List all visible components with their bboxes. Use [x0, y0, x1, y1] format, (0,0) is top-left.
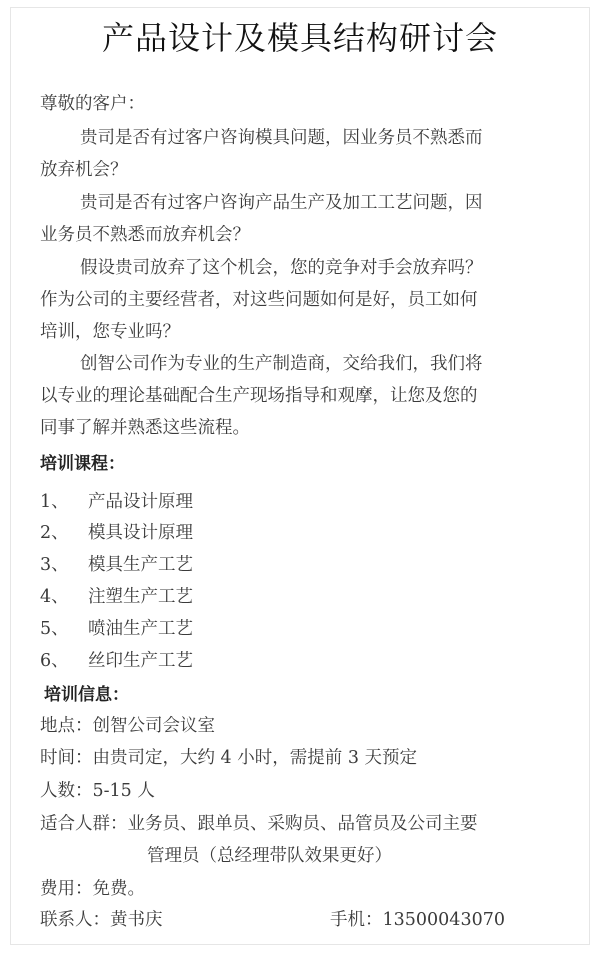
info-audience-line-2: 管理员（总经理带队效果更好）: [147, 843, 392, 869]
paragraph-2-line-1: 贵司是否有过客户咨询产品生产及加工工艺问题，因: [80, 190, 483, 216]
page-title: 产品设计及模具结构研讨会: [0, 14, 600, 62]
info-audience-line-1: 适合人群：业务员、跟单员、采购员、品管员及公司主要: [40, 811, 478, 837]
info-time: 时间：由贵司定，大约 4 小时，需提前 3 天预定: [40, 745, 417, 771]
course-label: 模具生产工艺: [88, 555, 193, 575]
paragraph-4-line-3: 同事了解并熟悉这些流程。: [40, 415, 250, 441]
course-item: 6、丝印生产工艺: [40, 648, 193, 674]
course-item: 1、产品设计原理: [40, 489, 193, 515]
info-people: 人数：5-15 人: [40, 778, 155, 804]
paragraph-2-line-2: 业务员不熟悉而放弃机会？: [40, 222, 250, 248]
paragraph-3-line-2: 作为公司的主要经营者，对这些问题如何是好，员工如何: [40, 287, 478, 313]
course-item: 5、喷油生产工艺: [40, 616, 193, 642]
info-location: 地点：创智公司会议室: [40, 713, 215, 739]
paragraph-1-line-2: 放弃机会？: [40, 157, 128, 183]
paragraph-3-line-1: 假设贵司放弃了这个机会，您的竞争对手会放弃吗？: [80, 255, 483, 281]
course-number: 5、: [40, 616, 88, 642]
course-number: 6、: [40, 648, 88, 674]
paragraph-1-line-1: 贵司是否有过客户咨询模具问题，因业务员不熟悉而: [80, 125, 483, 151]
courses-heading: 培训课程：: [40, 451, 125, 477]
info-contact-row: 联系人：黄书庆: [40, 907, 163, 933]
paragraph-4-line-2: 以专业的理论基础配合生产现场指导和观摩，让您及您的: [40, 383, 478, 409]
course-label: 注塑生产工艺: [88, 587, 193, 607]
course-number: 2、: [40, 520, 88, 546]
course-item: 4、注塑生产工艺: [40, 584, 193, 610]
paragraph-3-line-3: 培训，您专业吗？: [40, 319, 180, 345]
info-contact: 联系人：黄书庆: [40, 910, 163, 930]
course-item: 2、模具设计原理: [40, 520, 193, 546]
info-phone: 手机：13500043070: [330, 907, 505, 933]
info-heading: 培训信息：: [44, 682, 129, 708]
course-label: 产品设计原理: [88, 492, 193, 512]
greeting: 尊敬的客户：: [40, 91, 145, 117]
document: 产品设计及模具结构研讨会 尊敬的客户： 贵司是否有过客户咨询模具问题，因业务员不…: [0, 0, 600, 968]
course-label: 模具设计原理: [88, 523, 193, 543]
course-number: 4、: [40, 584, 88, 610]
info-fee: 费用：免费。: [40, 876, 145, 902]
course-item: 3、模具生产工艺: [40, 552, 193, 578]
course-number: 3、: [40, 552, 88, 578]
course-label: 丝印生产工艺: [88, 651, 193, 671]
paragraph-4-line-1: 创智公司作为专业的生产制造商，交给我们，我们将: [80, 351, 483, 377]
course-number: 1、: [40, 489, 88, 515]
course-label: 喷油生产工艺: [88, 619, 193, 639]
